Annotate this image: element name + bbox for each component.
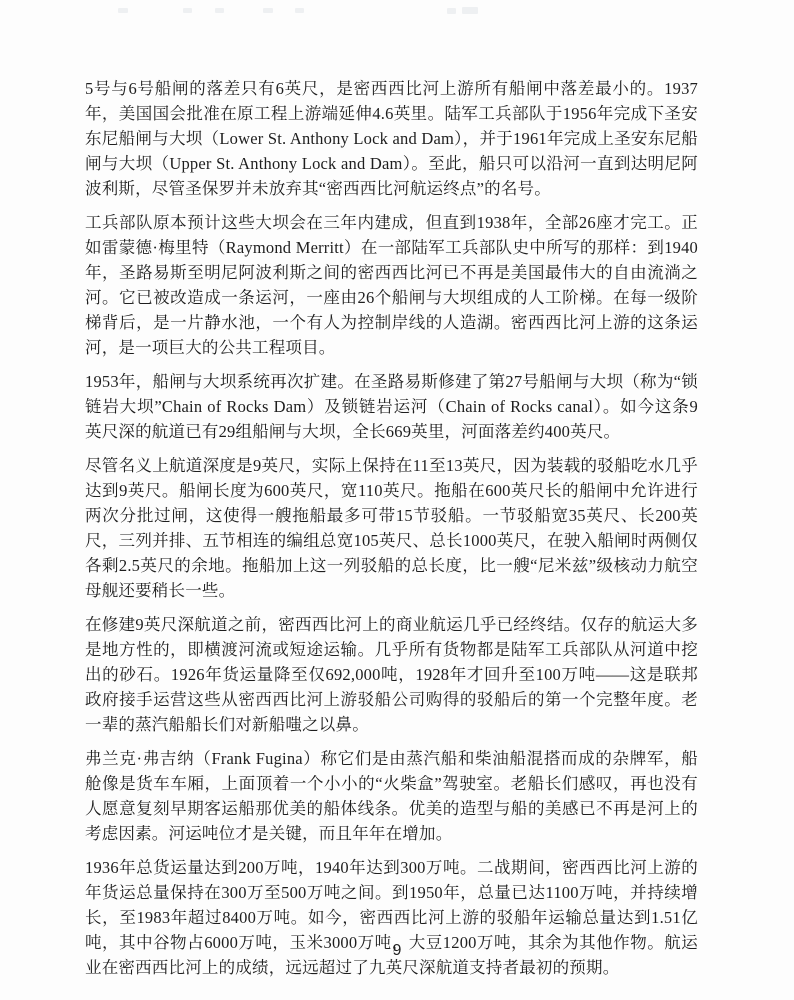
document-page: 5号与6号船闸的落差只有6英尺，是密西西比河上游所有船闸中落差最小的。1937年… [0, 0, 794, 1000]
scan-artifact [183, 8, 192, 13]
paragraph-locks-5-6: 5号与6号船闸的落差只有6英尺，是密西西比河上游所有船闸中落差最小的。1937年… [85, 76, 698, 201]
paragraph-corps-1938: 工兵部队原本预计这些大坝会在三年内建成，但直到1938年，全部26座才完工。正如… [85, 210, 698, 360]
paragraph-1953-expansion: 1953年，船闸与大坝系统再次扩建。在圣路易斯修建了第27号船闸与大坝（称为“锁… [85, 369, 698, 444]
paragraph-tonnage-growth: 1936年总货运量达到200万吨，1940年达到300万吨。二战期间，密西西比河… [85, 855, 698, 980]
scan-artifact [118, 8, 128, 13]
page-number: 9 [0, 942, 794, 960]
scan-artifact [295, 8, 304, 13]
body-text: 5号与6号船闸的落差只有6英尺，是密西西比河上游所有船闸中落差最小的。1937年… [85, 76, 698, 980]
scan-artifact [215, 8, 224, 13]
paragraph-pre-channel-commerce: 在修建9英尺深航道之前，密西西比河上的商业航运几乎已经终结。仅存的航运大多是地方… [85, 612, 698, 737]
paragraph-channel-dimensions: 尽管名义上航道深度是9英尺，实际上保持在11至13英尺，因为装载的驳船吃水几乎达… [85, 453, 698, 603]
scan-artifact [447, 8, 456, 14]
scan-artifact [263, 8, 273, 13]
paragraph-frank-fugina: 弗兰克·弗吉纳（Frank Fugina）称它们是由蒸汽船和柴油船混搭而成的杂牌… [85, 746, 698, 846]
scan-artifact [462, 7, 478, 14]
